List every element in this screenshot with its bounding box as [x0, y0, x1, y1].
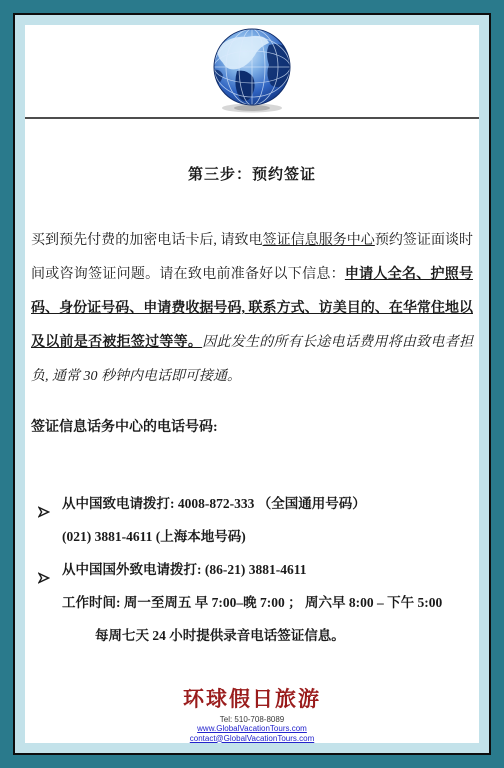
document-frame: 第三步：预约签证 买到预先付费的加密电话卡后, 请致电签证信息服务中心预约签证面… [13, 13, 491, 755]
website-link[interactable]: www.GlobalVacationTours.com [31, 724, 473, 734]
email-link[interactable]: contact@GlobalVacationTours.com [31, 734, 473, 744]
list-item-text: (021) 3881-4611 (上海本地号码) [62, 529, 246, 544]
document-page: 第三步：预约签证 买到预先付费的加密电话卡后, 请致电签证信息服务中心预约签证面… [25, 25, 479, 743]
phone-number: Tel: 510-708-8089 [31, 715, 473, 724]
phone-section-heading: 签证信息话务中心的电话号码: [31, 419, 473, 437]
text-segment-underlined: 签证信息服务中心 [263, 233, 375, 248]
list-item: 从中国国外致电请拨打: (86-21) 3881-4611 [31, 553, 473, 586]
footer: 环球假日旅游 Tel: 510-708-8089 www.GlobalVacat… [31, 688, 473, 743]
list-item-text: 每周七天 24 小时提供录音电话签证信息。 [95, 628, 345, 643]
arrow-bullet-icon [38, 497, 50, 509]
text-segment: 买到预先付费的加密电话卡后, 请致电 [31, 233, 263, 248]
page-title: 第三步：预约签证 [31, 165, 473, 185]
list-item-text: 从中国致电请拨打: 4008-872-333 （全国通用号码） [62, 496, 366, 511]
logo-area [31, 25, 473, 115]
list-item: 工作时间: 周一至周五 早 7:00–晚 7:00 ； 周六早 8:00 – 下… [31, 586, 473, 619]
list-item-text: 工作时间: 周一至周五 早 7:00–晚 7:00 ； 周六早 8:00 – 下… [62, 595, 442, 610]
arrow-bullet-icon [38, 563, 50, 575]
phone-list: 从中国致电请拨打: 4008-872-333 （全国通用号码） (021) 38… [31, 487, 473, 652]
list-item: 每周七天 24 小时提供录音电话签证信息。 [31, 619, 473, 652]
intro-paragraph: 买到预先付费的加密电话卡后, 请致电签证信息服务中心预约签证面谈时间或咨询签证问… [31, 224, 473, 394]
company-logo-text: 环球假日旅游 [31, 688, 473, 712]
horizontal-divider [25, 117, 479, 119]
list-item: 从中国致电请拨打: 4008-872-333 （全国通用号码） [31, 487, 473, 520]
list-item-text: 从中国国外致电请拨打: (86-21) 3881-4611 [62, 562, 306, 577]
list-item: (021) 3881-4611 (上海本地号码) [31, 520, 473, 553]
globe-icon [207, 27, 297, 113]
